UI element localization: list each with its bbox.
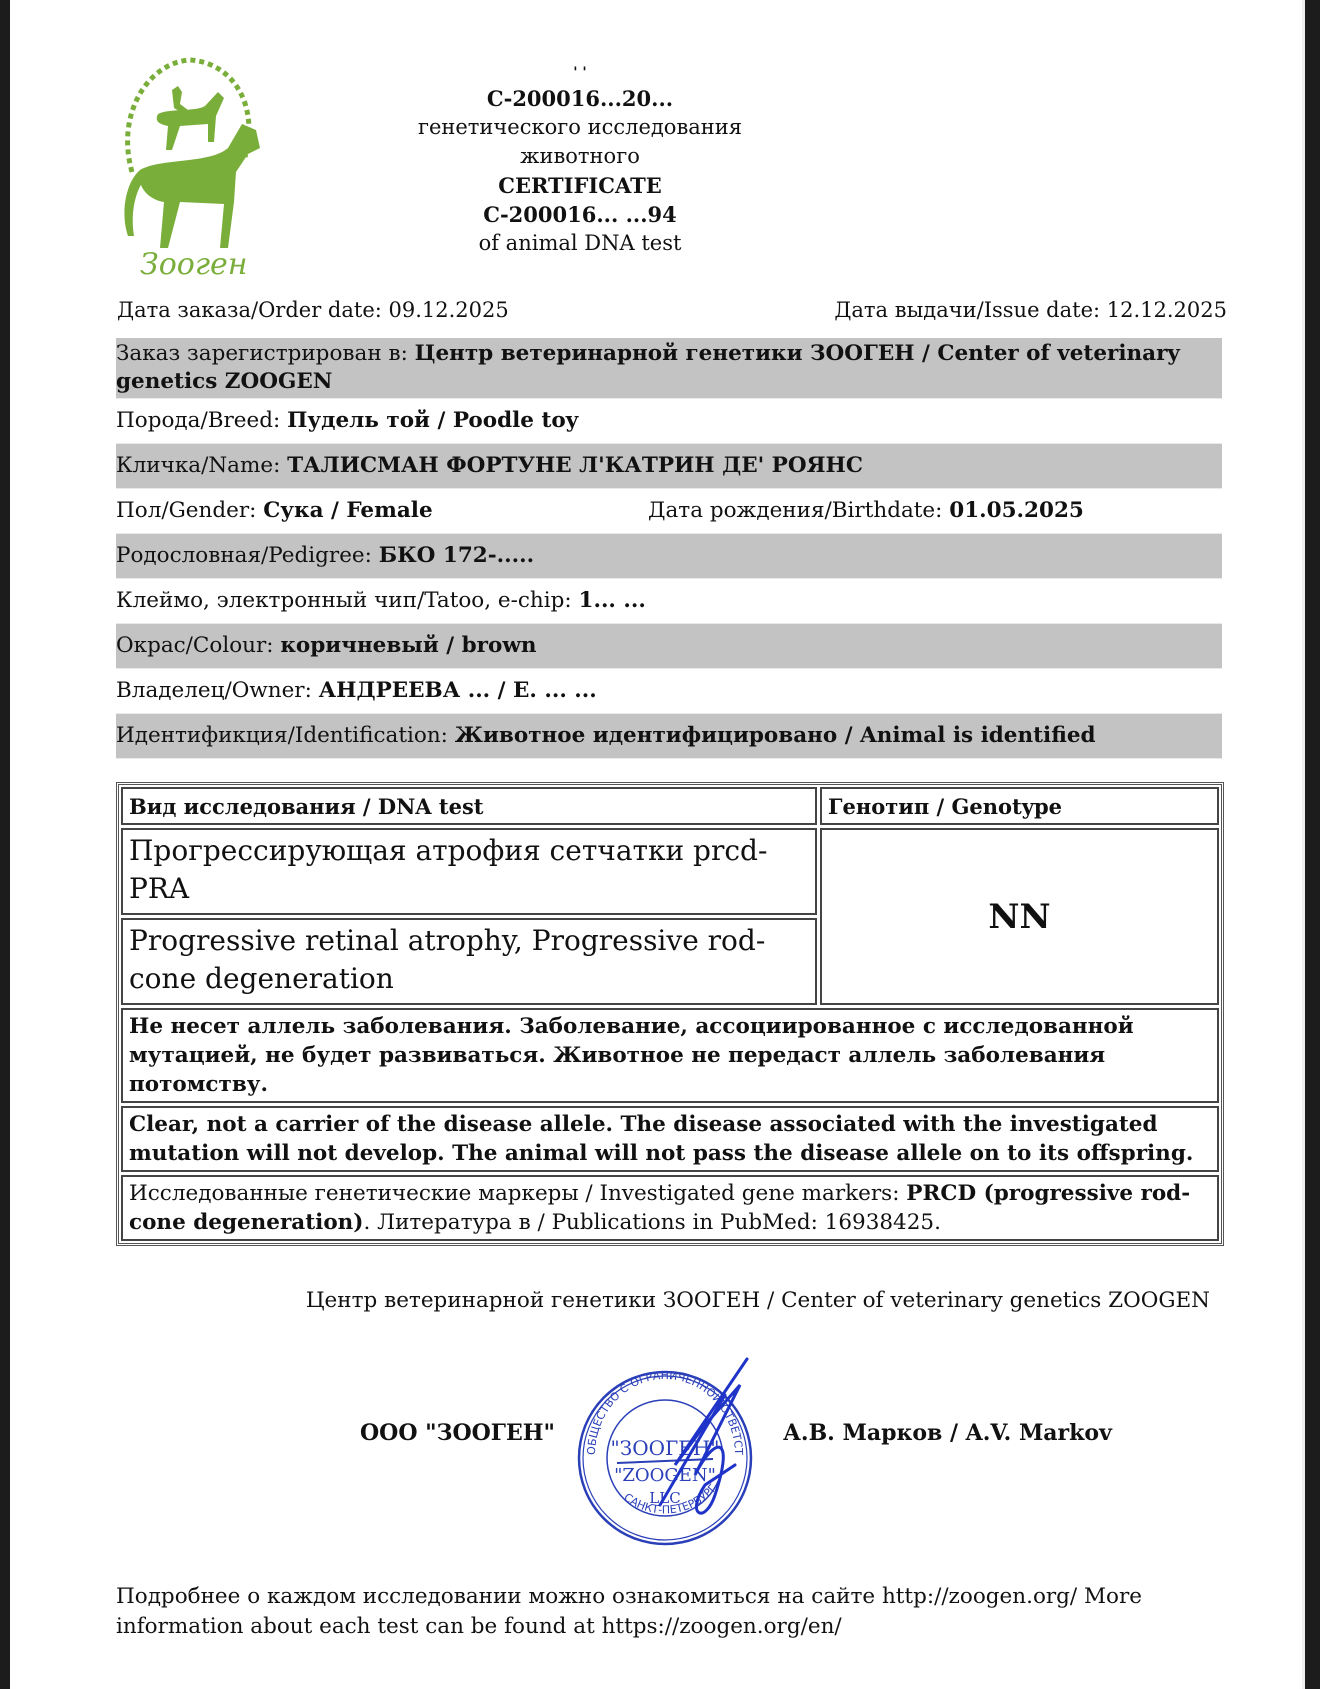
name-row: Кличка/Name: ТАЛИСМАН ФОРТУНЕ Л'КАТРИН Д… xyxy=(116,444,1222,489)
title-ru-line1: генетического исследования xyxy=(410,113,750,142)
birth-label: Дата рождения/Birthdate: xyxy=(648,498,949,523)
breed-label: Порода/Breed: xyxy=(116,407,280,435)
svg-text:"ZOOGEN": "ZOOGEN" xyxy=(614,1465,716,1486)
title-ru-line2: животного xyxy=(410,142,750,171)
footer-note: Подробнее о каждом исследовании можно оз… xyxy=(116,1582,1216,1642)
issue-date-value: 12.12.2025 xyxy=(1107,298,1227,322)
identification-label: Идентификция/Identification: xyxy=(116,722,448,750)
gender-birth-row: Пол/Gender: Сука / Female Дата рождения/… xyxy=(116,489,1222,534)
result-ru: Не несет аллель заболевания. Заболевание… xyxy=(121,1008,1219,1103)
issue-date: Дата выдачи/Issue date: 12.12.2025 xyxy=(834,298,1227,322)
registered-row: Заказ зарегистрирован в: Центр ветеринар… xyxy=(116,338,1222,399)
certificate-title: ' ' C-200016...20... генетического иссле… xyxy=(410,66,750,258)
issuing-center: Центр ветеринарной генетики ЗООГЕН / Cen… xyxy=(306,1288,1210,1313)
markers-cell: Исследованные генетические маркеры / Inv… xyxy=(121,1175,1219,1241)
col-header-test: Вид исследования / DNA test xyxy=(121,787,817,825)
publications-text: . Литература в / Publications in PubMed:… xyxy=(363,1210,940,1235)
chip-label: Клеймо, электронный чип/Tatoo, e-chip: xyxy=(116,587,572,615)
cert-number-top: C-200016...20... xyxy=(410,84,750,113)
breed-row: Порода/Breed: Пудель той / Poodle toy xyxy=(116,399,1222,444)
order-date-label: Дата заказа/Order date: xyxy=(117,298,389,322)
order-date-value: 09.12.2025 xyxy=(389,298,509,322)
zoogen-logo: Зооген xyxy=(110,52,270,284)
result-en: Clear, not a carrier of the disease alle… xyxy=(121,1106,1219,1172)
chip-row: Клеймо, электронный чип/Tatoo, e-chip: 1… xyxy=(116,579,1222,624)
test-name-ru: Прогрессирующая атрофия сетчатки prcd-PR… xyxy=(121,828,817,915)
pedigree-row: Родословная/Pedigree: БКО 172-..... xyxy=(116,534,1222,579)
identification-row: Идентификция/Identification: Животное ид… xyxy=(116,714,1222,759)
title-mark: ' ' xyxy=(410,66,750,84)
pedigree-value: БКО 172-..... xyxy=(379,542,534,570)
cert-number: C-200016... ...94 xyxy=(410,200,750,229)
owner-label: Владелец/Owner: xyxy=(116,677,312,705)
signatory-name: А.В. Марков / A.V. Markov xyxy=(783,1420,1112,1446)
colour-value: коричневый / brown xyxy=(280,632,536,660)
colour-label: Окрас/Colour: xyxy=(116,632,274,660)
issue-date-label: Дата выдачи/Issue date: xyxy=(834,298,1106,322)
owner-row: Владелец/Owner: АНДРЕЕВА ... / E. ... ..… xyxy=(116,669,1222,714)
birth-value: 01.05.2025 xyxy=(949,498,1084,523)
name-label: Кличка/Name: xyxy=(116,452,280,480)
title-en-line2: of animal DNA test xyxy=(410,229,750,258)
breed-value: Пудель той / Poodle toy xyxy=(287,407,578,435)
company-stamp: ОБЩЕСТВО С ОГРАНИЧЕННОЙ ОТВЕТСТВЕННОСТЬЮ… xyxy=(565,1355,780,1550)
svg-text:Зооген: Зооген xyxy=(140,247,248,282)
owner-value: АНДРЕЕВА ... / E. ... ... xyxy=(319,677,597,705)
chip-value: 1... ... xyxy=(579,587,646,615)
gender-value: Сука / Female xyxy=(263,498,432,523)
dna-test-table: Вид исследования / DNA test Генотип / Ge… xyxy=(116,782,1224,1246)
title-en: CERTIFICATE xyxy=(410,171,750,200)
pedigree-label: Родословная/Pedigree: xyxy=(116,542,372,570)
company-name: ООО "ЗООГЕН" xyxy=(360,1420,555,1446)
col-header-genotype: Генотип / Genotype xyxy=(820,787,1219,825)
registered-label: Заказ зарегистрирован в: xyxy=(116,341,415,366)
name-value: ТАЛИСМАН ФОРТУНЕ Л'КАТРИН ДЕ' РОЯНС xyxy=(287,452,863,480)
certificate-page: Зооген ' ' C-200016...20... генетическог… xyxy=(10,0,1305,1689)
test-name-en: Progressive retinal atrophy, Progressive… xyxy=(121,918,817,1005)
identification-value: Животное идентифицировано / Animal is id… xyxy=(455,722,1096,750)
animal-info: Заказ зарегистрирован в: Центр ветеринар… xyxy=(116,338,1222,759)
order-date: Дата заказа/Order date: 09.12.2025 xyxy=(117,298,509,322)
dates-row: Дата заказа/Order date: 09.12.2025 Дата … xyxy=(117,298,1227,322)
genotype-value: NN xyxy=(820,828,1219,1005)
markers-label: Исследованные генетические маркеры / Inv… xyxy=(129,1181,906,1206)
gender-label: Пол/Gender: xyxy=(116,498,263,523)
colour-row: Окрас/Colour: коричневый / brown xyxy=(116,624,1222,669)
